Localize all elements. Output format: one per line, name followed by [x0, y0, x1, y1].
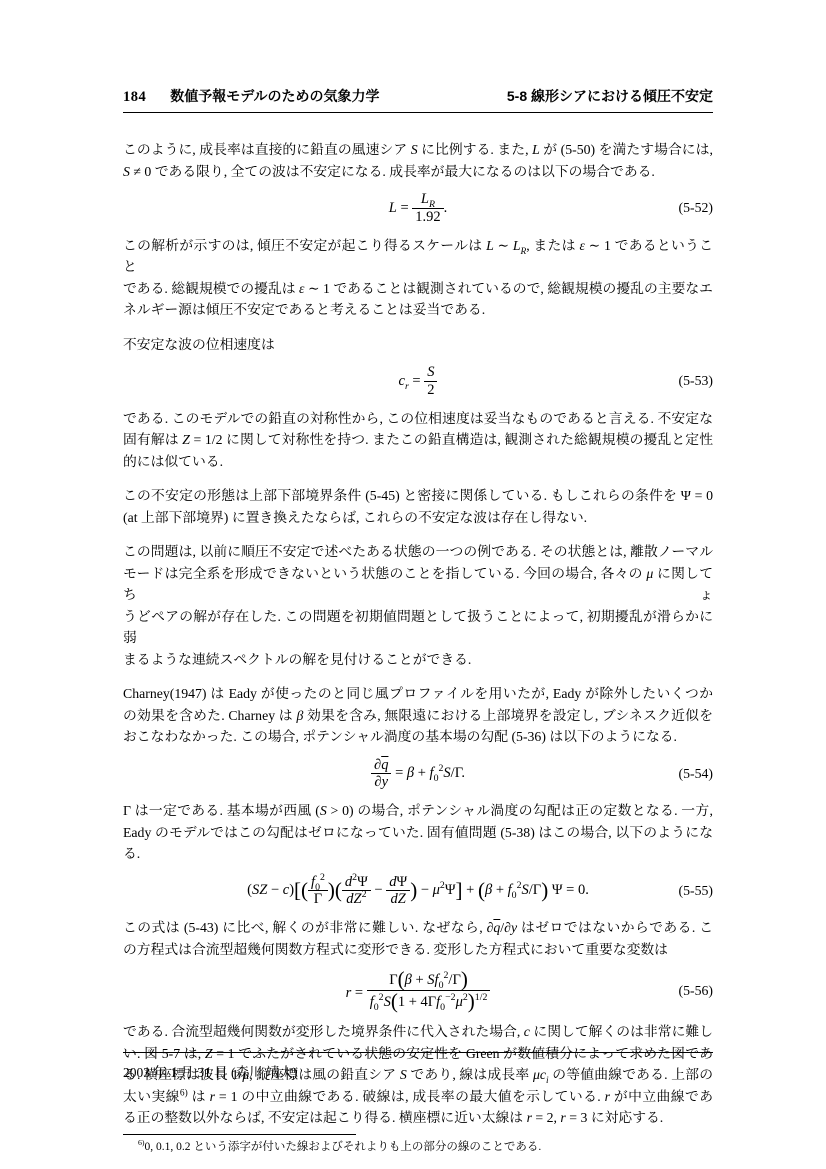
display-equation: ∂q∂y = β + f02S/Γ.(5-54) — [123, 756, 713, 793]
equation-number: (5-52) — [679, 200, 713, 216]
section-title: 5-8 線形シアにおける傾圧不安定 — [507, 86, 713, 106]
text-line: この問題は, 以前に順圧不安定で述べたある状態の一つの例である. その状態とは,… — [123, 541, 713, 563]
footer-rule — [123, 1052, 713, 1053]
footnote-rule — [123, 1134, 356, 1135]
paragraph: 不安定な波の位相速度は — [123, 334, 713, 356]
text-line: この解析が示すのは, 傾圧不安定が起こり得るスケールは L ∼ LR, または … — [123, 235, 713, 278]
equation-number: (5-53) — [679, 373, 713, 389]
equation-math: ∂q∂y = β + f02S/Γ. — [371, 765, 465, 781]
text-line: まるような連続スペクトルの解を見付けることができる. — [123, 649, 713, 671]
text-line: 不安定な波の位相速度は — [123, 334, 713, 356]
text-line: Eady のモデルではこの勾配はゼロになっていた. 固有値問題 (5-38) は… — [123, 822, 713, 865]
text-line: モードは完全系を形成できないという状態のことを指している. 今回の場合, 各々の… — [123, 563, 713, 606]
text-line: (at 上部下部境界) に置き換えたならば, これらの不安定な波は存在し得ない. — [123, 507, 713, 529]
content: このように, 成長率は直接的に鉛直の風速シア S に比例する. また, L が … — [123, 139, 713, 1129]
text-line: S ≠ 0 である限り, 全ての波は不安定になる. 成長率が最大になるのは以下の… — [123, 161, 713, 183]
equation-math: cr = S2 — [399, 373, 438, 389]
paragraph: Charney(1947) は Eady が使ったのと同じ風プロファイルを用いた… — [123, 683, 713, 748]
page-footer: 2003 年 1 月 31 日 (森川 靖大) — [123, 1052, 713, 1081]
page: 184 数値予報モデルのための気象力学 5-8 線形シアにおける傾圧不安定 この… — [0, 0, 826, 1169]
page-number: 184 — [123, 89, 146, 105]
paragraph: である. このモデルでの鉛直の対称性から, この位相速度は妥当なものであると言え… — [123, 408, 713, 473]
paragraph: この問題は, 以前に順圧不安定で述べたある状態の一つの例である. その状態とは,… — [123, 541, 713, 670]
paragraph: この不安定の形態は上部下部境界条件 (5-45) と密接に関係している. もしこ… — [123, 485, 713, 528]
equation-math: (SZ − c)[(f02Γ)(d2ΨdZ2 − dΨdZ) − μ2Ψ] + … — [247, 882, 589, 898]
paragraph: この式は (5-43) に比べ, 解くのが非常に難しい. なぜなら, ∂q/∂y… — [123, 917, 713, 960]
equation-math: r = Γ(β + Sf02/Γ)f02S(1 + 4Γf0−2μ2)1/2 — [346, 985, 491, 1001]
text-line: Charney(1947) は Eady が使ったのと同じ風プロファイルを用いた… — [123, 683, 713, 705]
text-column: 184 数値予報モデルのための気象力学 5-8 線形シアにおける傾圧不安定 この… — [123, 0, 713, 1155]
text-line: 的には似ている. — [123, 451, 713, 473]
equation-number: (5-56) — [679, 983, 713, 999]
header-left: 184 数値予報モデルのための気象力学 — [123, 86, 380, 106]
display-equation: r = Γ(β + Sf02/Γ)f02S(1 + 4Γf0−2μ2)1/2(5… — [123, 968, 713, 1013]
text-line: る正の整数以外ならば, 不安定は起こり得る. 横座標に近い太線は r = 2, … — [123, 1107, 713, 1129]
page-header: 184 数値予報モデルのための気象力学 5-8 線形シアにおける傾圧不安定 — [123, 86, 713, 113]
text-line: の効果を含めた. Charney は β 効果を含み, 無限遠における上部境界を… — [123, 705, 713, 727]
text-line: うどペアの解が存在した. この問題を初期値問題として扱うことによって, 初期擾乱… — [123, 606, 713, 649]
paragraph: Γ は一定である. 基本場が西風 (S > 0) の場合, ポテンシャル渦度の勾… — [123, 800, 713, 865]
text-line: この不安定の形態は上部下部境界条件 (5-45) と密接に関係している. もしこ… — [123, 485, 713, 507]
footnote-text: 6)0, 0.1, 0.2 という添字が付いた線およびそれよりも上の部分の線のこ… — [123, 1139, 713, 1155]
text-line: ネルギー源は傾圧不安定であると考えることは妥当である. — [123, 299, 713, 321]
display-equation: L = LR1.92.(5-52) — [123, 190, 713, 227]
text-line: Γ は一定である. 基本場が西風 (S > 0) の場合, ポテンシャル渦度の勾… — [123, 800, 713, 822]
text-line: の方程式は合流型超幾何関数方程式に変形できる. 変形した方程式において重要な変数… — [123, 939, 713, 961]
display-equation: (SZ − c)[(f02Γ)(d2ΨdZ2 − dΨdZ) − μ2Ψ] + … — [123, 873, 713, 910]
display-equation: cr = S2(5-53) — [123, 363, 713, 400]
text-line: である. 合流型超幾何関数が変形した境界条件に代入された場合, c に関して解く… — [123, 1021, 713, 1043]
text-line: 固有解は Z = 1/2 に関して対称性を持つ. またこの鉛直構造は, 観測され… — [123, 429, 713, 451]
text-line: である. このモデルでの鉛直の対称性から, この位相速度は妥当なものであると言え… — [123, 408, 713, 430]
equation-math: L = LR1.92. — [389, 200, 448, 216]
text-line: である. 総観規模での擾乱は ε ∼ 1 であることは観測されているので, 総観… — [123, 278, 713, 300]
text-line: この式は (5-43) に比べ, 解くのが非常に難しい. なぜなら, ∂q/∂y… — [123, 917, 713, 939]
text-line: おこなわなかった. この場合, ポテンシャル渦度の基本場の勾配 (5-36) は… — [123, 726, 713, 748]
text-line: このように, 成長率は直接的に鉛直の風速シア S に比例する. また, L が … — [123, 139, 713, 161]
book-title: 数値予報モデルのための気象力学 — [170, 88, 379, 104]
footer-date: 2003 年 1 月 31 日 (森川 靖大) — [123, 1061, 713, 1081]
paragraph: このように, 成長率は直接的に鉛直の風速シア S に比例する. また, L が … — [123, 139, 713, 182]
equation-number: (5-55) — [679, 883, 713, 899]
paragraph: この解析が示すのは, 傾圧不安定が起こり得るスケールは L ∼ LR, または … — [123, 235, 713, 321]
text-line: 太い実線6) は r = 1 の中立曲線である. 破線は, 成長率の最大値を示し… — [123, 1086, 713, 1108]
equation-number: (5-54) — [679, 766, 713, 782]
